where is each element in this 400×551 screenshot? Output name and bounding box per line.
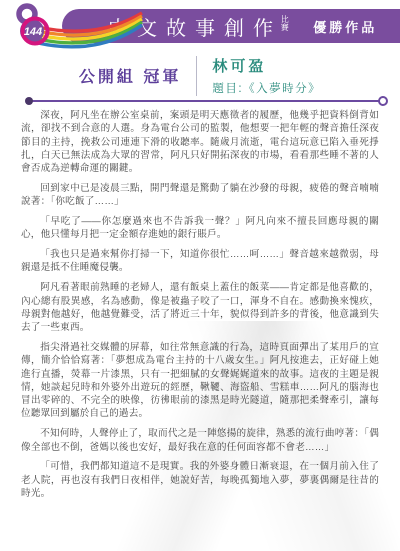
rainbow-swoosh-icon: [38, 13, 142, 47]
story-paragraph: 不知何時，人聲停止了，取而代之是一陣悠揚的旋律，熟悉的流行曲哼著：「偶像全部也不…: [21, 427, 379, 454]
story-paragraph: 指尖滑過社交媒體的屏幕，如往常無意識的行為，這時頁面彈出了某用戶的宣傳，簡介恰恰…: [21, 341, 379, 421]
rule-dot-left-icon: [25, 97, 33, 105]
byline-divider: [196, 56, 197, 96]
page-number: 144: [24, 26, 42, 38]
story-paragraph: 阿凡看著眼前熟睡的老婦人，還有飯桌上蓋住的飯菜——肯定都是他喜歡的，內心總有股異…: [21, 281, 379, 334]
group-award-label: 公開組 冠軍: [79, 64, 181, 87]
logo-badge-icon: 144: [2, 0, 152, 55]
work-title: 題目:《入夢時分》: [212, 80, 321, 96]
story-paragraph: 「我也只是過來幫你打掃一下，知道你很忙……呵……」聲音越來越微弱，母親還是抵不住…: [21, 248, 379, 275]
series-title-suffix: 比賽: [280, 15, 289, 37]
author-name: 林可盈: [212, 55, 321, 76]
story-paragraph: 深夜，阿凡坐在辦公室桌前，案頭是明天應徵者的履歷，他幾乎把資料倒背如流，卻找不到…: [21, 109, 379, 175]
rule-dot-right-icon: [378, 96, 388, 106]
story-body: 深夜，阿凡坐在辦公室桌前，案頭是明天應徵者的履歷，他幾乎把資料倒背如流，卻找不到…: [0, 109, 400, 507]
page-container: 中文故事創作 比賽 優勝作品 144 公開組 冠軍 林可盈 題目:《入夢時分》: [0, 0, 400, 551]
story-paragraph: 回到家中已是凌晨三點，開門聲還是驚動了躺在沙發的母親，疲倦的聲音喃喃說著：「你吃…: [21, 182, 379, 209]
divider-rule: [27, 100, 387, 102]
byline: 公開組 冠軍 林可盈 題目:《入夢時分》: [0, 55, 400, 96]
winners-label: 優勝作品: [313, 17, 377, 36]
story-paragraph: 「可惜，我們都知道這不是現實。我的外婆身體日漸衰退，在一個月前入住了老人院，再也…: [21, 460, 379, 500]
story-paragraph: 「早吃了——你怎麼過來也不告訴我一聲？」阿凡向來不擅長回應母親的關心，他只懂每月…: [21, 215, 379, 242]
byline-right: 林可盈 題目:《入夢時分》: [212, 55, 321, 96]
